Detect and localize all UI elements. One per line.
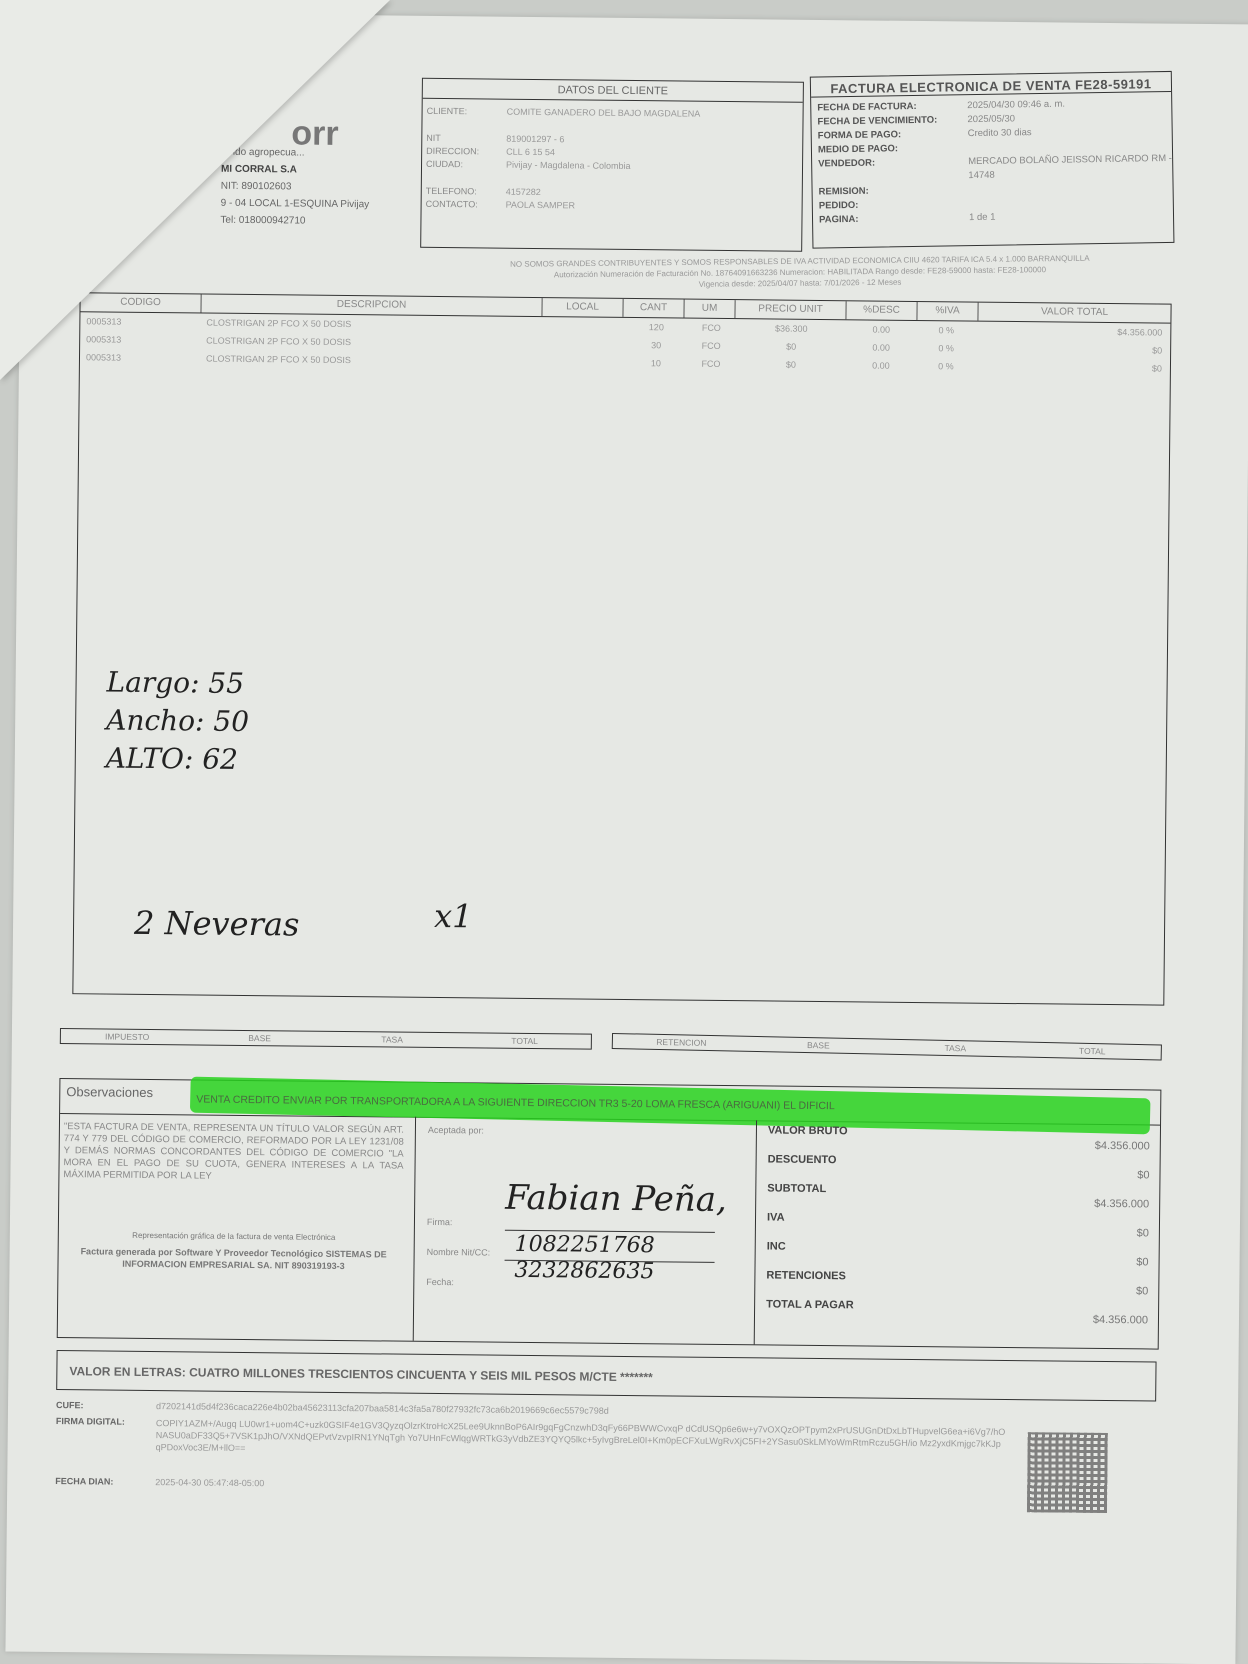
ret-retencion: RETENCION — [613, 1036, 750, 1049]
client-address: CLL 6 15 54 — [506, 146, 555, 160]
seller: MERCADO BOLAÑO JEISSON RICARDO RM - 1474… — [968, 152, 1172, 183]
total-value: $4.356.000 — [1093, 1314, 1148, 1327]
tax-bar: IMPUESTOBASETASATOTAL — [60, 1028, 592, 1050]
dian-date: 2025-04-30 05:47:48-05:00 — [155, 1477, 264, 1488]
cell-iva: 0 % — [916, 325, 976, 336]
legal-header: NO SOMOS GRANDES CONTRIBUYENTES Y SOMOS … — [420, 252, 1180, 293]
signature: Fabian Peña, — [505, 1178, 727, 1220]
ret-tasa: TASA — [887, 1042, 1024, 1055]
phone-label: TELEFONO: — [426, 185, 506, 199]
software-info: Representación gráfica de la factura de … — [68, 1229, 398, 1272]
handwritten-dimensions: Largo: 55 Ancho: 50 ALTO: 62 — [106, 664, 250, 779]
software-line-1: Representación gráfica de la factura de … — [69, 1229, 399, 1244]
cell-cant: 30 — [626, 340, 686, 351]
total-value: $0 — [1137, 1169, 1149, 1181]
total-row: DESCUENTO$0 — [759, 1149, 1157, 1182]
tax-total: TOTAL — [458, 1035, 591, 1046]
client-title: DATOS DEL CLIENTE — [423, 83, 803, 103]
totals-box: VALOR BRUTO$4.356.000DESCUENTO$0SUBTOTAL… — [758, 1120, 1158, 1327]
total-row: SUBTOTAL$4.356.000 — [759, 1178, 1157, 1211]
client-city: Pivijay - Magdalena - Colombia — [506, 159, 631, 173]
total-value: $0 — [1136, 1256, 1148, 1268]
signature-label: Firma: — [427, 1217, 453, 1227]
total-value: $4.356.000 — [1095, 1140, 1150, 1153]
cell-iva: 0 % — [916, 343, 976, 354]
tax-impuesto: IMPUESTO — [61, 1031, 194, 1042]
cufe-value: d7202141d5d4f236caca226e4b02ba45623113cf… — [156, 1401, 609, 1416]
col-cant: CANT — [623, 299, 684, 318]
total-label: VALOR BRUTO — [768, 1124, 848, 1137]
col-iva: %IVA — [917, 302, 978, 321]
ret-total: TOTAL — [1024, 1045, 1161, 1058]
amount-in-words: VALOR EN LETRAS: CUATRO MILLONES TRESCIE… — [56, 1350, 1156, 1402]
dian-date-label: FECHA DIAN: — [55, 1476, 155, 1487]
cell-total: $0 — [976, 362, 1170, 374]
observations-section: Observaciones VENTA CREDITO ENVIAR POR T… — [57, 1078, 1162, 1350]
client-name: COMITE GANADERO DEL BAJO MAGDALENA — [507, 106, 701, 121]
cell-total: $0 — [976, 344, 1170, 356]
cell-total: $4.356.000 — [976, 326, 1170, 338]
cell-um: FCO — [686, 341, 736, 352]
address-label: DIRECCION: — [426, 145, 506, 159]
cell-precio: $36.300 — [736, 323, 846, 334]
ret-base: BASE — [750, 1039, 887, 1052]
cell-iva: 0 % — [916, 361, 976, 372]
total-row: INC$0 — [759, 1236, 1157, 1269]
total-value: $4.356.000 — [1094, 1198, 1149, 1211]
cell-cant: 10 — [626, 358, 686, 369]
retention-bar: RETENCIONBASETASATOTAL — [612, 1033, 1162, 1061]
client-phone: 4157282 — [506, 186, 541, 199]
page-label: PAGINA: — [819, 211, 969, 227]
accepted-by-label: Aceptada por: — [428, 1125, 484, 1136]
dim-largo: Largo: 55 — [106, 664, 249, 703]
observations-label: Observaciones — [66, 1084, 153, 1100]
cell-desc: 0.00 — [846, 342, 916, 353]
nit-label: NIT — [426, 132, 506, 146]
cell-local — [546, 326, 626, 327]
cell-desc: 0.00 — [846, 324, 916, 335]
handwritten-note: 2 Neveras — [134, 904, 300, 944]
total-value: $0 — [1136, 1285, 1148, 1297]
col-total: VALOR TOTAL — [978, 303, 1170, 323]
cell-cant: 120 — [626, 322, 686, 333]
cell-desc: 0.00 — [846, 360, 916, 371]
footer-info: CUFE:d7202141d5d4f236caca226e4b02ba45623… — [55, 1400, 1056, 1496]
client-label: CLIENTE: — [427, 105, 507, 119]
total-label: INC — [767, 1240, 786, 1252]
dim-ancho: Ancho: 50 — [106, 702, 249, 741]
city-label: CIUDAD: — [426, 158, 506, 172]
dim-alto: ALTO: 62 — [106, 740, 249, 779]
client-contact: PAOLA SAMPER — [506, 199, 575, 213]
cell-um: FCO — [686, 323, 736, 334]
page-number: 1 de 1 — [969, 208, 1173, 225]
total-label: TOTAL A PAGAR — [766, 1298, 854, 1311]
digital-signature-label: FIRMA DIGITAL: — [56, 1416, 156, 1453]
client-nit: 819001297 - 6 — [506, 133, 564, 147]
acceptance-box: Aceptada por: Firma: Fabian Peña, Nombre… — [413, 1117, 757, 1345]
digital-signature-value: COPIY1AZM+/Augq LU0wr1+uom4C+uzk0GSIF4e1… — [156, 1417, 1006, 1462]
client-data-box: DATOS DEL CLIENTE CLIENTE:COMITE GANADER… — [420, 78, 804, 252]
cell-local — [546, 344, 626, 345]
total-row: TOTAL A PAGAR$4.356.000 — [758, 1294, 1156, 1327]
total-label: SUBTOTAL — [767, 1182, 826, 1195]
legal-note: "ESTA FACTURA DE VENTA, REPRESENTA UN TÍ… — [63, 1121, 404, 1185]
total-row: VALOR BRUTO$4.356.000 — [760, 1120, 1158, 1153]
id-number: 1082251768 — [515, 1232, 655, 1258]
tax-tasa: TASA — [326, 1034, 459, 1045]
id-label: Nombre Nit/CC: — [427, 1247, 491, 1258]
invoice-info-box: FACTURA ELECTRONICA DE VENTA FE28-59191 … — [810, 71, 1175, 249]
items-table: CODIGO DESCRIPCION LOCAL CANT UM PRECIO … — [72, 292, 1171, 1005]
handwritten-quantity: x1 — [434, 897, 473, 935]
col-desc: %DESC — [846, 301, 917, 320]
folded-corner — [0, 0, 390, 380]
qr-code — [1027, 1432, 1108, 1513]
cell-precio: $0 — [736, 341, 846, 352]
cell-um: FCO — [686, 359, 736, 370]
total-row: IVA$0 — [759, 1207, 1157, 1240]
cell-precio: $0 — [736, 359, 846, 370]
contact-label: CONTACTO: — [426, 198, 506, 212]
col-local: LOCAL — [542, 298, 623, 317]
date-label: Fecha: — [426, 1277, 454, 1287]
invoice-title: FACTURA ELECTRONICA DE VENTA FE28-59191 — [811, 76, 1171, 98]
tax-base: BASE — [193, 1032, 326, 1043]
col-precio: PRECIO UNIT — [735, 300, 846, 319]
total-label: IVA — [767, 1211, 785, 1223]
total-label: DESCUENTO — [768, 1153, 837, 1166]
software-line-2: Factura generada por Software Y Proveedo… — [68, 1245, 398, 1272]
total-row: RETENCIONES$0 — [758, 1265, 1156, 1298]
total-value: $0 — [1137, 1227, 1149, 1239]
col-um: UM — [684, 300, 735, 319]
total-label: RETENCIONES — [766, 1269, 846, 1282]
handwritten-phone: 3232862635 — [514, 1258, 654, 1284]
cufe-label: CUFE: — [56, 1400, 156, 1411]
cell-local — [546, 362, 626, 363]
seller-label: VENDEDOR: — [818, 155, 968, 185]
